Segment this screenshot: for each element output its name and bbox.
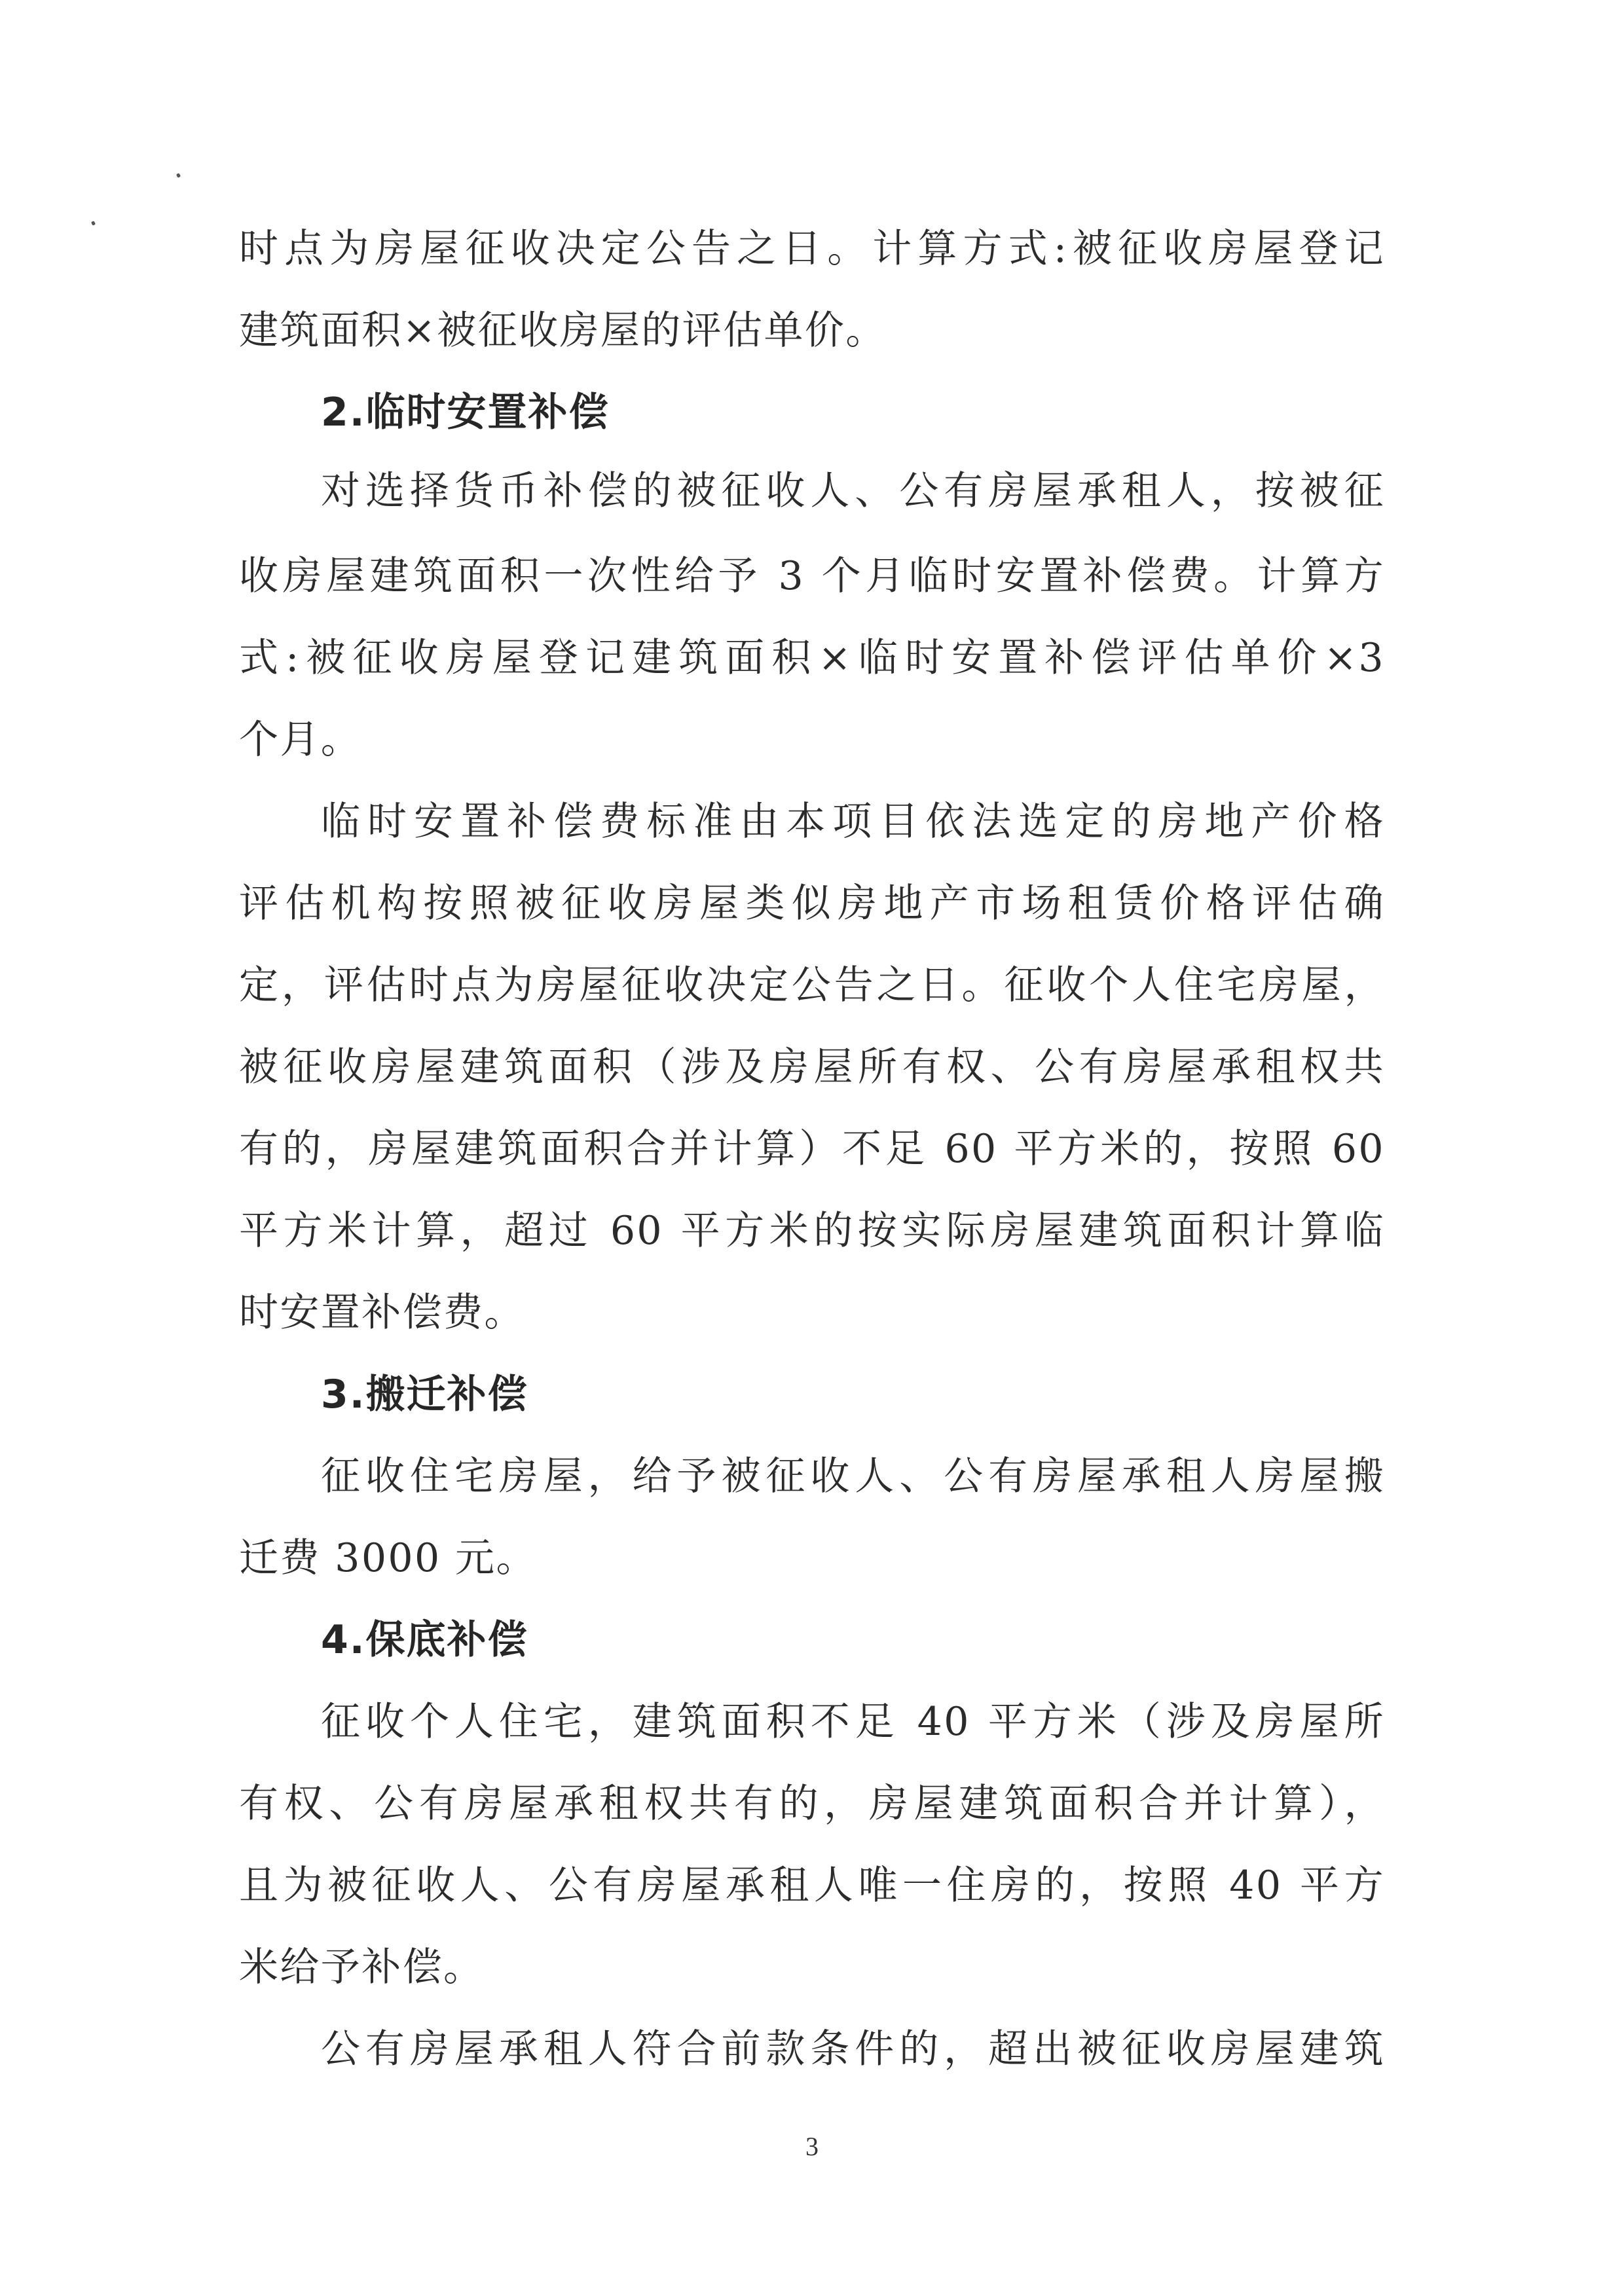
body-text-line: 评估机构按照被征收房屋类似房地产市场租赁价格评估确 (239, 877, 1385, 930)
body-text-line: 平方米计算，超过 60 平方米的按实际房屋建筑面积计算临 (239, 1205, 1385, 1257)
body-text-line: 定，评估时点为房屋征收决定公告之日。征收个人住宅房屋， (239, 959, 1385, 1011)
body-text-line: 公有房屋承租人符合前款条件的，超出被征收房屋建筑 (321, 2023, 1385, 2075)
page-number: 3 (0, 2131, 1624, 2162)
scan-speck (176, 173, 181, 178)
body-text-line: 米给予补偿。 (239, 1941, 1385, 1994)
body-text-line: 征收住宅房屋，给予被征收人、公有房屋承租人房屋搬 (321, 1450, 1385, 1503)
body-text-line: 式:被征收房屋登记建筑面积×临时安置补偿评估单价×3 (239, 632, 1385, 684)
section-heading-relocation: 3.搬迁补偿 (321, 1368, 528, 1421)
body-text-line: 建筑面积×被征收房屋的评估单价。 (239, 304, 1385, 357)
body-text-line: 被征收房屋建筑面积（涉及房屋所有权、公有房屋承租权共 (239, 1041, 1385, 1093)
body-text-line: 且为被征收人、公有房屋承租人唯一住房的，按照 40 平方 (239, 1859, 1385, 1912)
body-text-line: 对选择货币补偿的被征收人、公有房屋承租人，按被征 (321, 465, 1385, 517)
body-text-line: 征收个人住宅，建筑面积不足 40 平方米（涉及房屋所 (321, 1696, 1385, 1748)
section-heading-minimum-guarantee: 4.保底补偿 (321, 1614, 528, 1666)
body-text-line: 时安置补偿费。 (239, 1286, 1385, 1339)
body-text-line: 个月。 (239, 714, 1385, 766)
section-heading-temporary-resettlement: 2.临时安置补偿 (321, 386, 610, 439)
body-text-line: 迁费 3000 元。 (239, 1532, 1385, 1584)
body-text-line: 临时安置补偿费标准由本项目依法选定的房地产价格 (321, 795, 1385, 848)
body-text-line: 有权、公有房屋承租权共有的，房屋建筑面积合并计算）， (239, 1777, 1385, 1830)
scan-speck (91, 221, 96, 226)
document-page: 时点为房屋征收决定公告之日。计算方式:被征收房屋登记 建筑面积×被征收房屋的评估… (0, 0, 1624, 2296)
body-text-line: 有的，房屋建筑面积合并计算）不足 60 平方米的，按照 60 (239, 1123, 1385, 1175)
body-text-line: 收房屋建筑面积一次性给予 3 个月临时安置补偿费。计算方 (239, 550, 1385, 602)
body-text-line: 时点为房屋征收决定公告之日。计算方式:被征收房屋登记 (239, 223, 1385, 275)
